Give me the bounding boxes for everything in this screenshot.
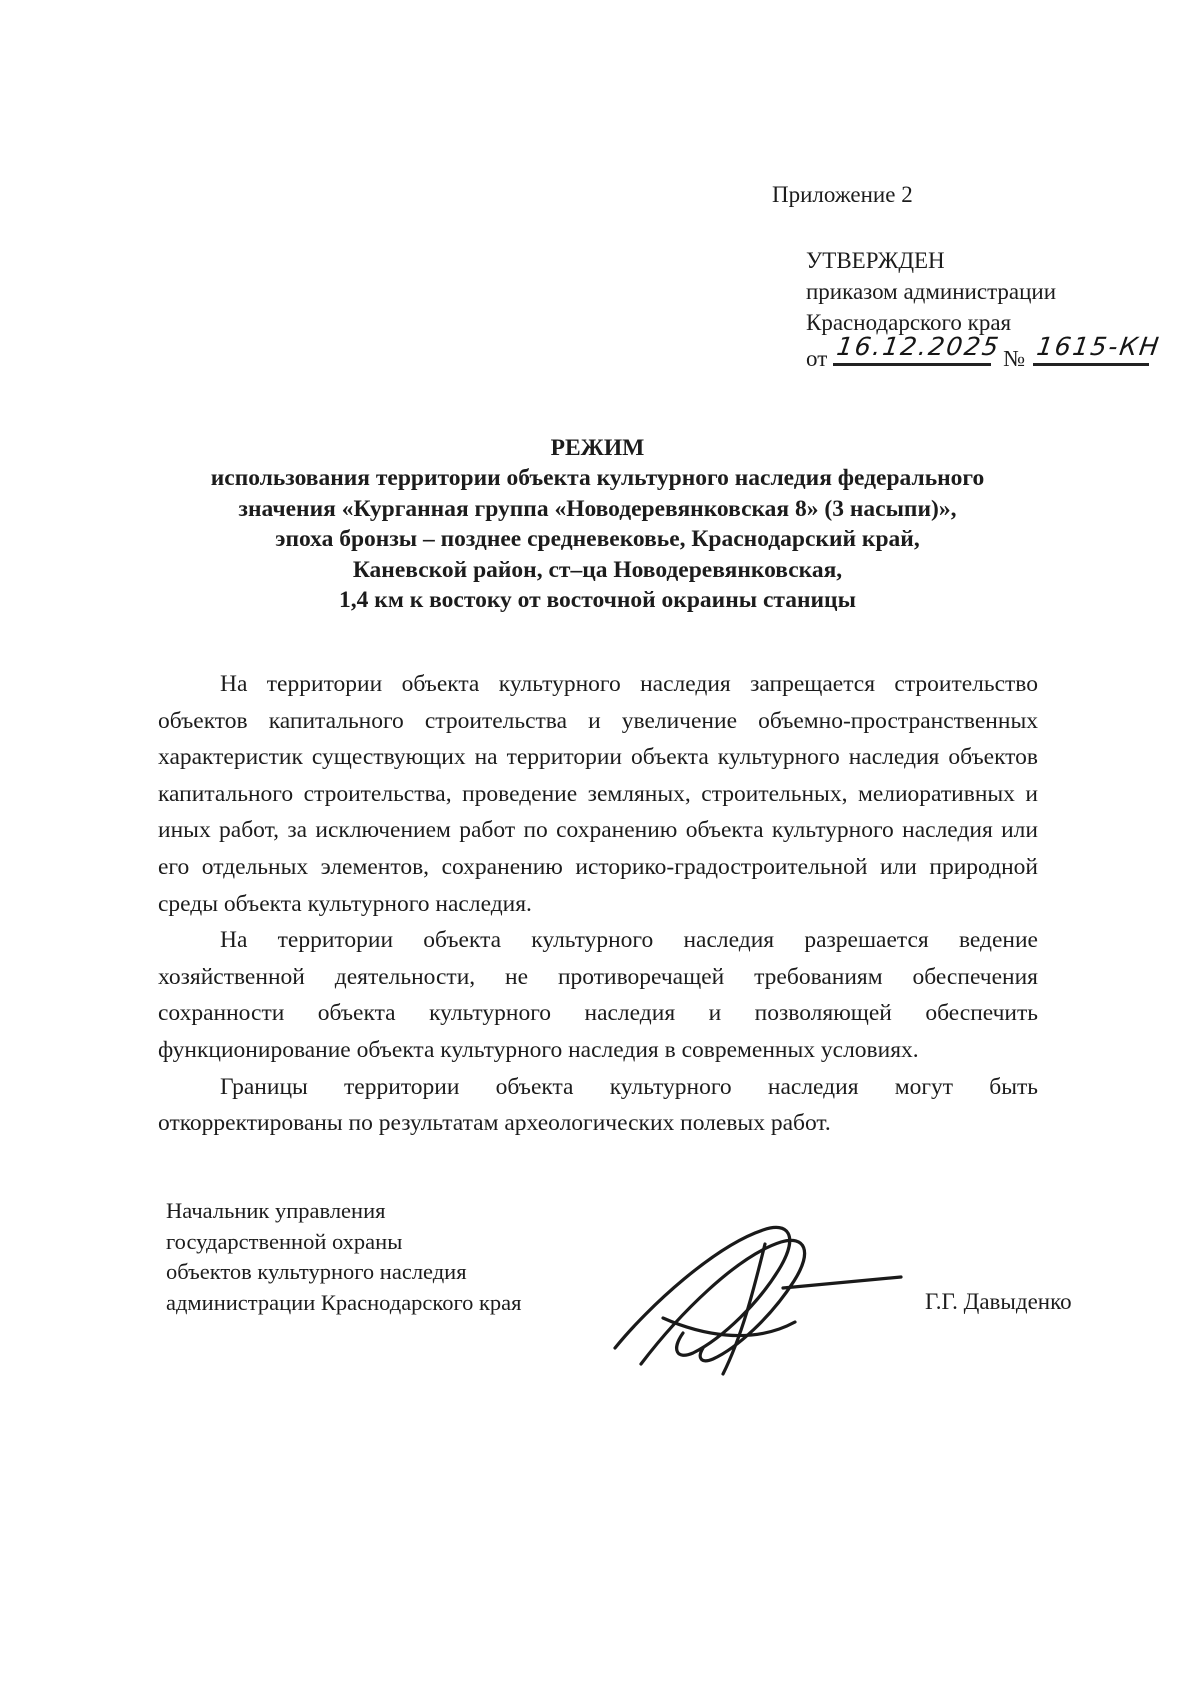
signatory-position-line4: администрации Краснодарского края	[166, 1288, 522, 1319]
signatory-position-line1: Начальник управления	[166, 1196, 522, 1227]
approval-by-line1: приказом администрации	[806, 276, 1149, 307]
title-line-6: 1,4 км к востоку от восточной окраины ст…	[150, 585, 1045, 615]
handwritten-date: 16.12.2025	[835, 331, 1002, 362]
signatory-name: Г.Г. Давыденко	[925, 1289, 1072, 1315]
order-date-number-line: от 16.12.2025 № 1615-КН	[806, 339, 1149, 374]
signatory-position-line2: государственной охраны	[166, 1227, 522, 1258]
title-line-1: РЕЖИМ	[150, 433, 1045, 463]
title-line-4: эпоха бронзы – позднее средневековье, Кр…	[150, 524, 1045, 554]
title-line-5: Каневской район, ст–ца Новодеревянковска…	[150, 555, 1045, 585]
paragraph-boundaries: Границы территории объекта культурного н…	[158, 1069, 1038, 1142]
title-line-2: использования территории объекта культур…	[150, 463, 1045, 493]
handwritten-number: 1615-КН	[1035, 331, 1163, 362]
number-underline: 1615-КН	[1033, 339, 1149, 366]
document-body: На территории объекта культурного наслед…	[158, 666, 1038, 1142]
signatory-position-line3: объектов культурного наследия	[166, 1257, 522, 1288]
signatory-position-block: Начальник управления государственной охр…	[166, 1196, 522, 1318]
approval-block: УТВЕРЖДЕН приказом администрации Краснод…	[806, 245, 1149, 374]
scanned-document-page: Приложение 2 УТВЕРЖДЕН приказом админист…	[0, 0, 1200, 1699]
appendix-label: Приложение 2	[772, 182, 913, 208]
signature-scribble	[605, 1222, 920, 1382]
document-title: РЕЖИМ использования территории объекта к…	[150, 433, 1045, 615]
approval-status: УТВЕРЖДЕН	[806, 245, 1149, 276]
number-prefix: №	[1003, 343, 1025, 374]
date-underline: 16.12.2025	[833, 339, 991, 366]
date-prefix: от	[806, 343, 827, 374]
paragraph-permissions: На территории объекта культурного наслед…	[158, 922, 1038, 1068]
paragraph-prohibitions: На территории объекта культурного наслед…	[158, 666, 1038, 922]
title-line-3: значения «Курганная группа «Новодеревянк…	[150, 494, 1045, 524]
